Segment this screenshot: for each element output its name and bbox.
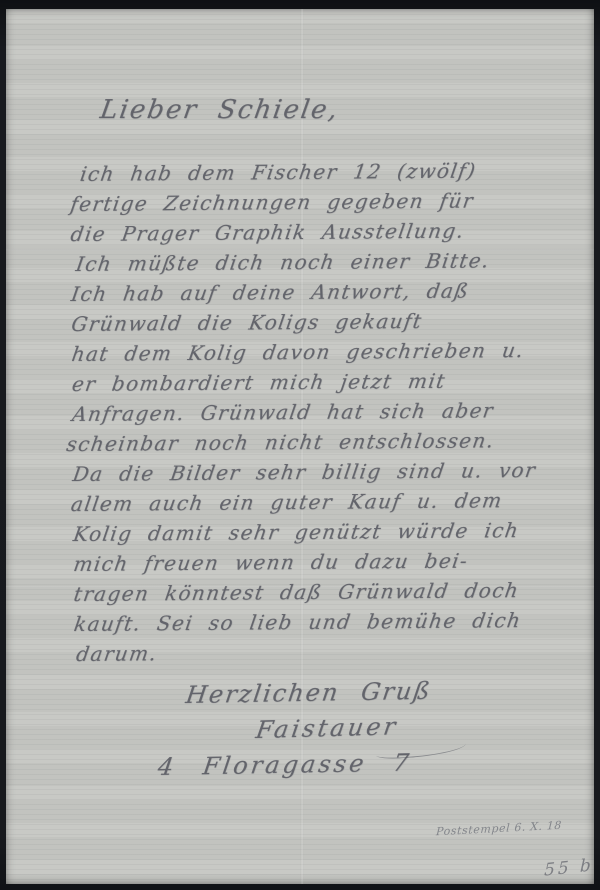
letter-line: mich freuen wenn du dazu bei- bbox=[71, 545, 539, 579]
letter-salutation: Lieber Schiele, bbox=[98, 95, 341, 125]
letter-address: 4 Floragasse 7 bbox=[156, 749, 413, 781]
letter-line: darum. bbox=[74, 635, 540, 669]
letter-line: kauft. Sei so lieb und bemühe dich bbox=[72, 605, 540, 639]
letter-line: Ich müßte dich noch einer Bitte. bbox=[74, 245, 537, 279]
letter-line: Da die Bilder sehr billig sind u. vor bbox=[71, 455, 539, 489]
letter-line: Grünwald die Koligs gekauft bbox=[69, 305, 537, 339]
letter-line: Anfragen. Grünwald hat sich aber bbox=[70, 395, 538, 429]
letter-line: Kolig damit sehr genützt würde ich bbox=[71, 515, 539, 549]
letter-body: ich hab dem Fischer 12 (zwölf)fertige Ze… bbox=[68, 155, 536, 669]
letter-paper: Lieber Schiele, ich hab dem Fischer 12 (… bbox=[6, 9, 594, 884]
letter-line: Ich hab auf deine Antwort, daß bbox=[69, 275, 537, 309]
archive-number: 55 b bbox=[544, 855, 594, 880]
letter-line: hat dem Kolig davon geschrieben u. bbox=[70, 335, 538, 369]
postmark-annotation: Poststempel 6. X. 18 bbox=[436, 819, 563, 839]
letter-line: allem auch ein guter Kauf u. dem bbox=[69, 485, 539, 519]
letter-line: tragen könntest daß Grünwald doch bbox=[72, 575, 540, 609]
letter-line: die Prager Graphik Ausstellung. bbox=[69, 215, 537, 249]
letter-line: ich hab dem Fischer 12 (zwölf) bbox=[78, 155, 536, 189]
letter-closing: Herzlichen Gruß bbox=[184, 677, 434, 709]
letter-line: scheinbar noch nicht entschlossen. bbox=[64, 425, 538, 459]
letter-line: er bombardiert mich jetzt mit bbox=[70, 365, 538, 399]
letter-line: fertige Zeichnungen gegeben für bbox=[68, 185, 536, 219]
letter-signature: Faistauer bbox=[254, 712, 400, 744]
